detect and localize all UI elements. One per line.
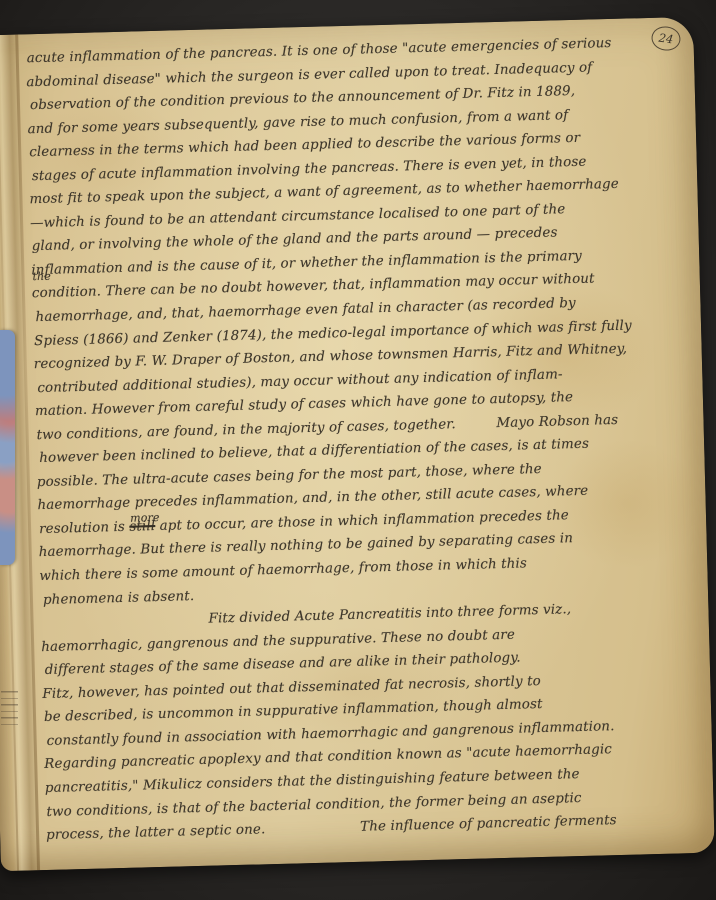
photo-background: 24 acute inflammation of the pancreas. I… — [0, 0, 716, 900]
marbled-page-edge — [0, 330, 15, 565]
manuscript-text: acute inflammation of the pancreas. It i… — [26, 30, 701, 847]
inserted-word: the — [32, 265, 51, 289]
line-text: resolution is — [39, 520, 130, 537]
manuscript-page: 24 acute inflammation of the pancreas. I… — [0, 17, 715, 871]
inserted-word: more — [130, 506, 160, 530]
showthrough-writing — [1, 686, 18, 730]
correction-wrap: morestill — [129, 515, 155, 539]
